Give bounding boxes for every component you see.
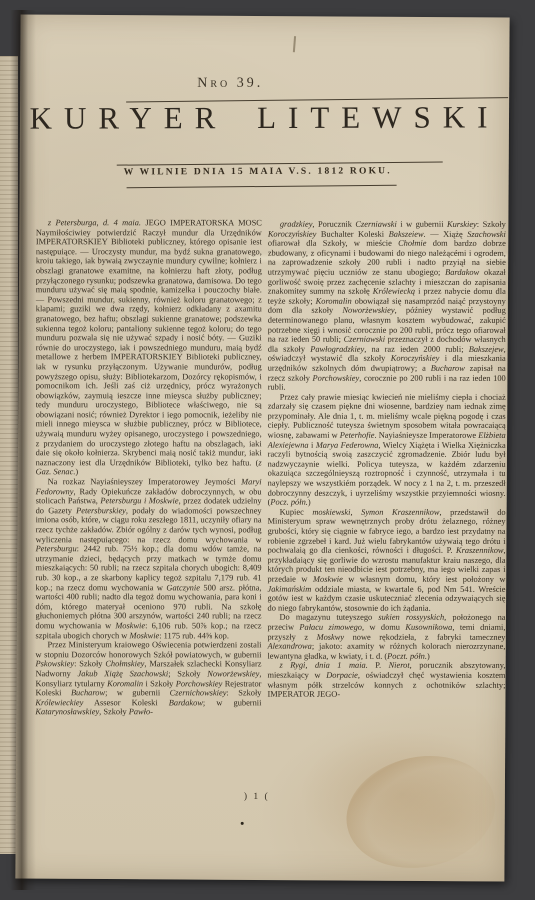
issue-number: Nro 39. [20, 75, 440, 92]
ink-speck [241, 822, 244, 825]
dateline: W WILNIE DNIA 15 MAIA V.S. 1812 ROKU. [124, 166, 382, 177]
right-text-column: gradzkiey, Porucznik Czerniawski i w gub… [267, 220, 506, 808]
article-paragraph: z Petersburga, d. 4 maia. JEGO IMPERATOR… [36, 218, 262, 477]
left-text-column: z Petersburga, d. 4 maia. JEGO IMPERATOR… [35, 218, 262, 806]
article-paragraph: z Rygi, dnia 1 maia. P. Nierot, poruczni… [267, 661, 505, 700]
article-paragraph: Kupiec moskiewski, Symon Kraszennikow, p… [268, 507, 506, 613]
article-paragraph: Do magazynu tuteyszego sukien rossyyskic… [267, 613, 505, 661]
scan-background: Nro 39. KURYER LITEWSKI W WILNIE DNIA 15… [0, 0, 535, 900]
fold-mark [293, 36, 296, 52]
article-paragraph: Na rozkaz Nayiaśnieyszey Imperatorowey J… [35, 477, 261, 640]
article-paragraph: Przez Ministeryum kraiowego Oświecenia p… [35, 640, 261, 717]
newspaper-page: Nro 39. KURYER LITEWSKI W WILNIE DNIA 15… [15, 15, 509, 882]
page-signature-mark: ) 1 ( [244, 792, 270, 802]
article-paragraph: gradzkiey, Porucznik Czerniawski i w gub… [268, 220, 506, 393]
article-paragraph: Przez cały prawie miesiąc kwiecień nie m… [268, 392, 506, 507]
dateline-rule-top [117, 162, 443, 166]
dateline-rule-bottom [127, 185, 397, 189]
newspaper-title: KURYER LITEWSKI [20, 99, 509, 136]
